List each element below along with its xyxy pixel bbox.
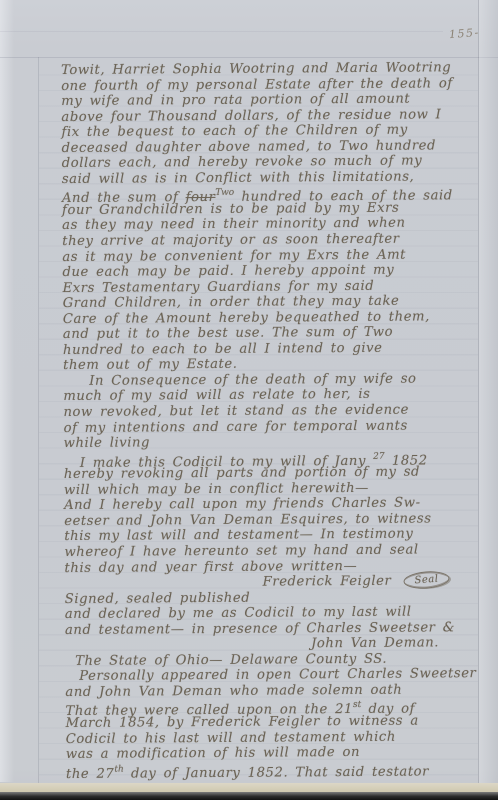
document-line: hereby revoking all parts and portion of…: [64, 464, 478, 482]
document-lines: Towit, Harriet Sophia Wootring and Maria…: [61, 60, 480, 778]
document-line: Care of the Amount hereby bequeathed to …: [63, 309, 477, 327]
page-left-edge: [0, 0, 14, 782]
scanned-record-page: 155- Towit, Harriet Sophia Wootring and …: [0, 0, 498, 800]
document-line: above four Thousand dollars, of the resi…: [61, 107, 475, 125]
book-edge: [0, 792, 498, 800]
document-line: the 27th day of January 1852. That said …: [66, 760, 480, 778]
page-fold-line: [38, 57, 39, 784]
page-bottom-edge: [0, 783, 498, 792]
page-number: 155-: [449, 26, 481, 41]
page-top-edge-line: [0, 57, 498, 58]
faint-horizontal-rule: [0, 31, 443, 32]
page-right-edge-shading: [479, 0, 498, 784]
document-line: And the sum of fourTwo hundred to each o…: [62, 184, 476, 202]
document-line: March 1854, by Frederick Feigler to witn…: [66, 713, 480, 731]
document-line: Frederick Feigler Seal: [65, 573, 479, 591]
document-line: Personally appeared in open Court Charle…: [65, 666, 479, 684]
document-line: whereof I have hereunto set my hand and …: [64, 542, 478, 560]
seal-scribble: Seal: [403, 570, 450, 590]
document-line: John Van Deman.: [65, 635, 479, 653]
document-line: one fourth of my personal Estate after t…: [61, 76, 475, 94]
